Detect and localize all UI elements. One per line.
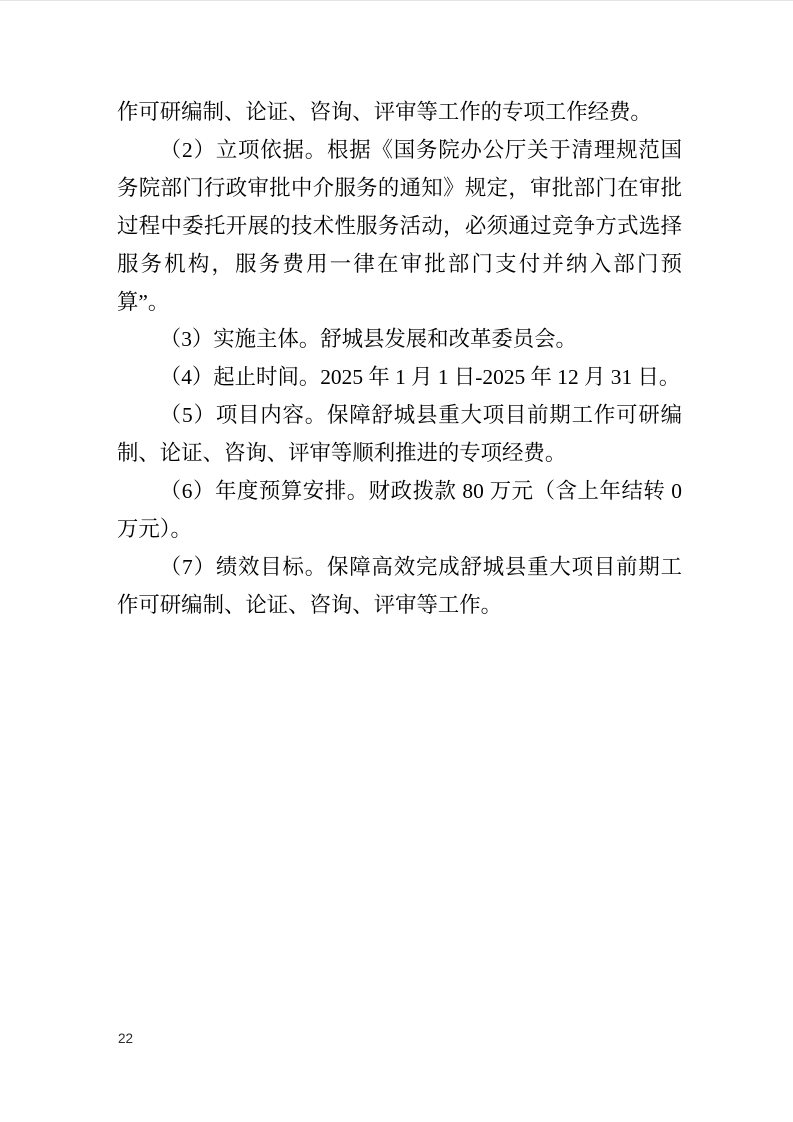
document-body: 作可研编制、论证、咨询、评审等工作的专项工作经费。（2）立项依据。根据《国务院办… (117, 94, 682, 625)
paragraph: （3）实施主体。舒城县发展和改革委员会。 (117, 321, 682, 359)
paragraph: （5）项目内容。保障舒城县重大项目前期工作可研编制、论证、咨询、评审等顺利推进的… (117, 397, 682, 473)
paragraph: （6）年度预算安排。财政拨款 80 万元（含上年结转 0 万元）。 (117, 473, 682, 549)
paragraph: （7）绩效目标。保障高效完成舒城县重大项目前期工作可研编制、论证、咨询、评审等工… (117, 549, 682, 625)
page-number: 22 (118, 1031, 133, 1047)
paragraph: （2）立项依据。根据《国务院办公厅关于清理规范国务院部门行政审批中介服务的通知》… (117, 132, 682, 322)
document-page: 作可研编制、论证、咨询、评审等工作的专项工作经费。（2）立项依据。根据《国务院办… (0, 0, 793, 1122)
paragraph: （4）起止时间。2025 年 1 月 1 日-2025 年 12 月 31 日。 (117, 359, 682, 397)
paragraph: 作可研编制、论证、咨询、评审等工作的专项工作经费。 (117, 94, 682, 132)
